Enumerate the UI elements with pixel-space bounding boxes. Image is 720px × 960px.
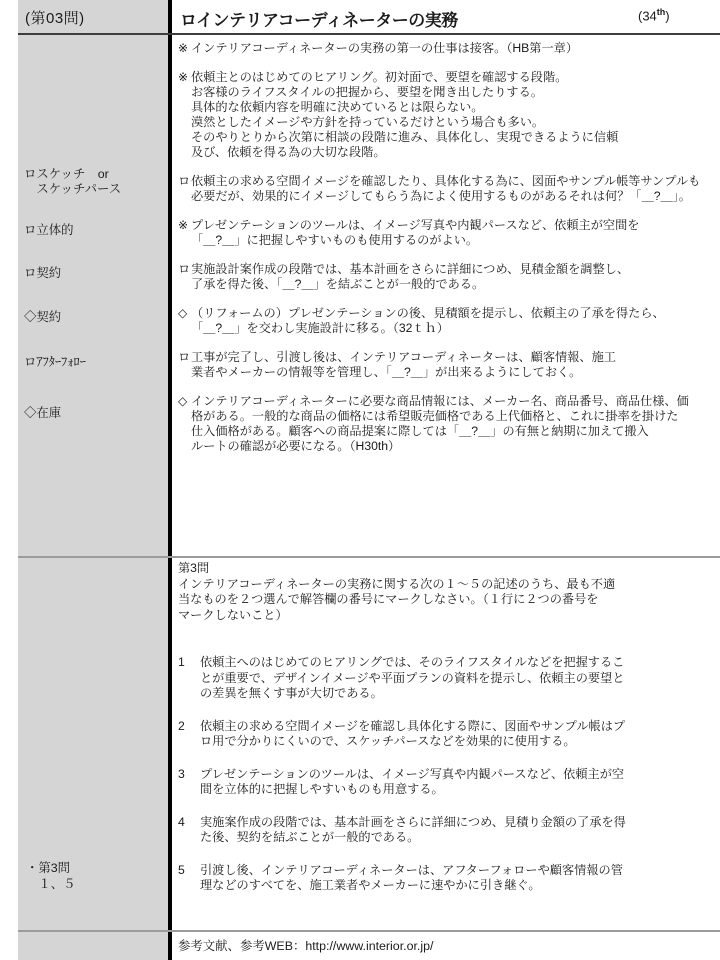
note-line: 仕入価格がある。顧客への商品提案に際しては「＿?＿」の有無と納期に加えて搬入 [191, 424, 720, 439]
item-number: 4 [178, 815, 185, 831]
item-line: 引渡し後、インテリアコーディネーターは、アフターフォローや顧客情報の管 [200, 863, 720, 879]
header-rule [18, 33, 720, 35]
footer-reference: 参考文献、参考WEB：http://www.interior.or.jp/ [178, 936, 433, 954]
footer-rule [18, 930, 720, 932]
note-line: 業者やメーカーの情報等を管理し、「＿?＿」が出来るようにしておく。 [191, 365, 720, 380]
sidebar-note-keiyaku-2: ◇契約 [24, 310, 61, 325]
section-rule [18, 556, 720, 558]
item-number: 2 [178, 719, 185, 735]
note-line: プレゼンテーションのツールは、イメージ写真や内観パースなど、依頼主が空間を [191, 218, 720, 233]
sidebar-note-zaiko: ◇在庫 [24, 406, 61, 421]
item-line: 間を立体的に把握しやすいものも用意する。 [200, 782, 720, 798]
note-line: 依頼主の求める空間イメージを確認したり、具体化する為に、図面やサンプル帳等サンプ… [191, 174, 720, 189]
bullet-marker: ロ [178, 262, 190, 277]
note-paragraph: ※依頼主とのはじめてのヒアリング。初対面で、要望を確認する段階。お客様のライフス… [178, 70, 720, 160]
sidebar-note-keiyaku-1: ロ契約 [24, 266, 61, 281]
sidebar-background [18, 0, 168, 960]
answer-note: ・第3問 １、５ [26, 860, 76, 892]
note-line: ルートの確認が必要になる。（H30th） [191, 439, 720, 454]
note-line: 実施設計案作成の段階では、基本計画をさらに詳細につめ、見積金額を調整し、 [191, 262, 720, 277]
note-line: インテリアコーディネーターに必要な商品情報には、メーカー名、商品番号、商品仕様、… [191, 394, 720, 409]
note-paragraph: ロ依頼主の求める空間イメージを確認したり、具体化する為に、図面やサンプル帳等サン… [178, 174, 720, 204]
question-item: 2依頼主の求める空間イメージを確認し具体化する際に、図面やサンプル帳はプロ用で分… [178, 719, 720, 750]
note-paragraph: ◇インテリアコーディネーターに必要な商品情報には、メーカー名、商品番号、商品仕様… [178, 394, 720, 454]
item-line: 実施案作成の段階では、基本計画をさらに詳細につめ、見積り金額の了承を得 [200, 815, 720, 831]
bullet-marker: ※ [178, 41, 188, 56]
note-line: 「＿?＿」に把握しやすいものも使用するのがよい。 [191, 233, 720, 248]
item-line: た後、契約を結ぶことが一般的である。 [200, 830, 720, 846]
column-divider [168, 0, 172, 960]
question-intro: インテリアコーディネーターの実務に関する次の１～５の記述のうち、最も不適 当なも… [178, 577, 720, 624]
edition-badge: (34th) [638, 7, 670, 23]
note-line: 及び、依頼を得る為の大切な段階。 [191, 145, 720, 160]
item-line: 依頼主の求める空間イメージを確認し具体化する際に、図面やサンプル帳はプ [200, 719, 720, 735]
bullet-marker: ※ [178, 218, 188, 233]
note-line: お客様のライフスタイルの把握から、要望を聞き出したりする。 [191, 85, 720, 100]
question-items: 1依頼主へのはじめてのヒアリングでは、そのライフスタイルなどを把握することが重要… [178, 655, 720, 894]
note-line: 依頼主とのはじめてのヒアリング。初対面で、要望を確認する段階。 [191, 70, 720, 85]
note-line: 「＿?＿」を交わし実施設計に移る。（32ｔｈ） [191, 321, 720, 336]
bullet-marker: ロ [178, 174, 190, 189]
bullet-marker: ◇ [178, 306, 187, 321]
item-line: 依頼主へのはじめてのヒアリングでは、そのライフスタイルなどを把握するこ [200, 655, 720, 671]
note-line: 漠然としたイメージや方針を持っているだけという場合も多い。 [191, 115, 720, 130]
question-item: 5引渡し後、インテリアコーディネーターは、アフターフォローや顧客情報の管理などの… [178, 863, 720, 894]
note-paragraph: ※インテリアコーディネーターの実務の第一の仕事は接客。（HB第一章） [178, 41, 720, 56]
note-line: そのやりとりから次第に相談の段階に進み、具体化し、実現できるように信頼 [191, 130, 720, 145]
item-line: ロ用で分かりにくいので、スケッチパースなどを効果的に使用する。 [200, 734, 720, 750]
item-line: とが重要で、デザインイメージや平面プランの資料を提示し、依頼主の要望と [200, 671, 720, 687]
item-number: 5 [178, 863, 185, 879]
item-line: の差異を無くす事が大切である。 [200, 686, 720, 702]
note-paragraph: ※プレゼンテーションのツールは、イメージ写真や内観パースなど、依頼主が空間を「＿… [178, 218, 720, 248]
question-item: 1依頼主へのはじめてのヒアリングでは、そのライフスタイルなどを把握することが重要… [178, 655, 720, 702]
sidebar-note-sketch: ロスケッチ or スケッチパース [24, 167, 121, 197]
note-paragraph: ロ工事が完了し、引渡し後は、インテリアコーディネーターは、顧客情報、施工業者やメ… [178, 350, 720, 380]
item-number: 1 [178, 655, 185, 671]
item-line: 理などのすべてを、施工業者やメーカーに速やかに引き継ぐ。 [200, 878, 720, 894]
note-line: 了承を得た後、「＿?＿」を結ぶことが一般的である。 [191, 277, 720, 292]
sidebar-note-afterfollow: ロｱﾌﾀｰﾌｫﾛｰ [24, 355, 86, 370]
bullet-marker: ◇ [178, 394, 187, 409]
edition-prefix: (34 [638, 8, 657, 23]
notes-section: ※インテリアコーディネーターの実務の第一の仕事は接客。（HB第一章）※依頼主との… [178, 41, 720, 468]
note-line: （リフォームの）プレゼンテーションの後、見積額を提示し、依頼主の了承を得たら、 [191, 306, 720, 321]
note-line: インテリアコーディネーターの実務の第一の仕事は接客。（HB第一章） [191, 41, 720, 56]
note-paragraph: ロ実施設計案作成の段階では、基本計画をさらに詳細につめ、見積金額を調整し、了承を… [178, 262, 720, 292]
edition-suffix: ) [665, 8, 669, 23]
note-line: 必要だが、効果的にイメージしてもらう為によく使用するものがあるそれは何？「＿?＿… [191, 189, 720, 204]
sidebar-note-rittaiteki: ロ立体的 [24, 223, 74, 238]
bullet-marker: ※ [178, 70, 188, 85]
item-number: 3 [178, 767, 185, 783]
note-line: 工事が完了し、引渡し後は、インテリアコーディネーターは、顧客情報、施工 [191, 350, 720, 365]
question-section: 第3問 インテリアコーディネーターの実務に関する次の１～５の記述のうち、最も不適… [178, 561, 720, 911]
note-line: 格がある。一般的な商品の価格には希望販売価格である上代価格と、これに掛率を掛けた [191, 409, 720, 424]
question-item: 4実施案作成の段階では、基本計画をさらに詳細につめ、見積り金額の了承を得た後、契… [178, 815, 720, 846]
question-heading: 第3問 [178, 561, 720, 577]
item-line: プレゼンテーションのツールは、イメージ写真や内観パースなど、依頼主が空 [200, 767, 720, 783]
page-title: ロインテリアコーディネーターの実務 [180, 6, 458, 31]
note-line: 具体的な依頼内容を明確に決めているとは限らない。 [191, 100, 720, 115]
question-number-label: (第03問) [25, 7, 85, 28]
note-paragraph: ◇（リフォームの）プレゼンテーションの後、見積額を提示し、依頼主の了承を得たら、… [178, 306, 720, 336]
bullet-marker: ロ [178, 350, 190, 365]
question-item: 3プレゼンテーションのツールは、イメージ写真や内観パースなど、依頼主が空間を立体… [178, 767, 720, 798]
worksheet-page: (第03問) ロインテリアコーディネーターの実務 (34th) ロスケッチ or… [0, 0, 720, 960]
